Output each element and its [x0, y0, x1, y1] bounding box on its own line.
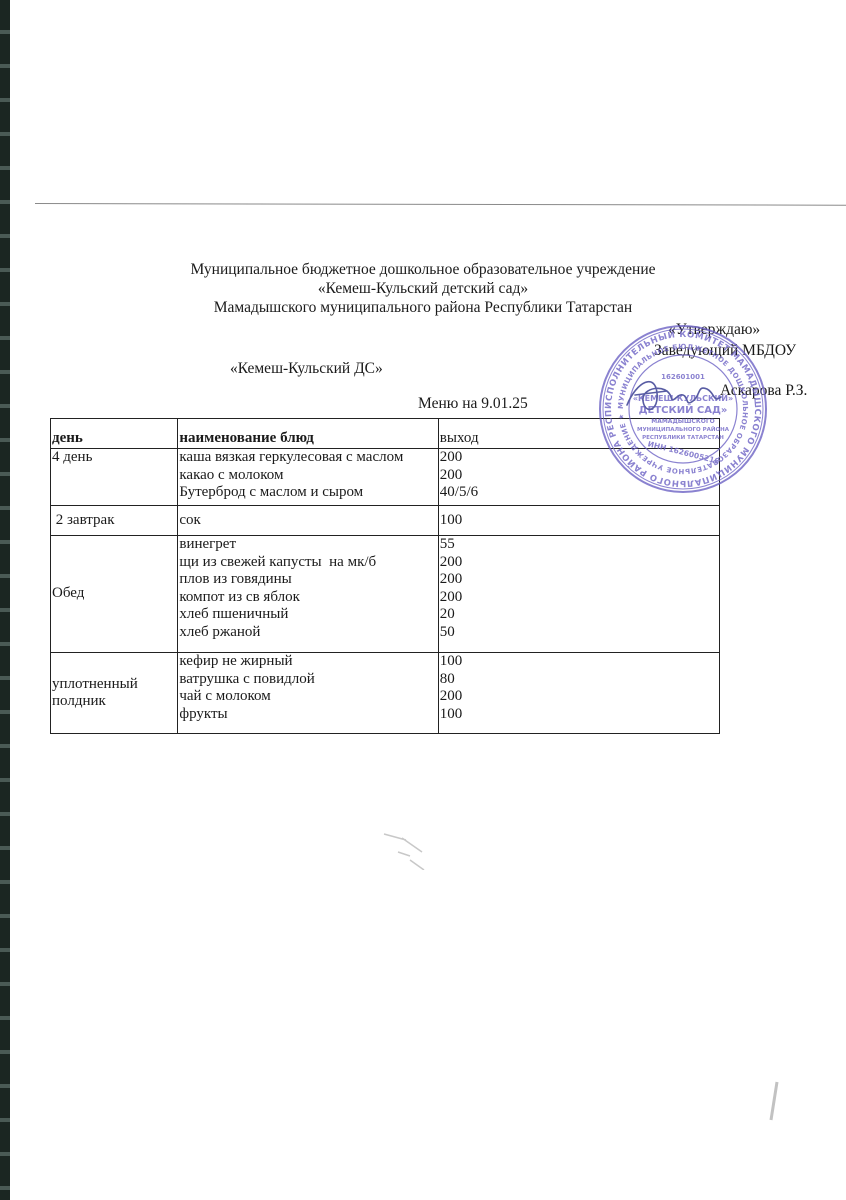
- meal-label-line: уплотненный: [52, 676, 177, 694]
- approval-signatory: Аскарова Р.З.: [720, 382, 807, 400]
- dish-item: хлеб пшеничный: [179, 606, 437, 624]
- yield-item: 200: [440, 449, 719, 467]
- dish-item: плов из говядины: [179, 571, 437, 589]
- yield-item: 100: [440, 653, 719, 671]
- yields-cell: 100: [438, 506, 719, 536]
- dishes-cell: каша вязкая геркулесовая с маслом какао …: [178, 449, 438, 506]
- table-header-row: день наименование блюд выход: [51, 419, 720, 449]
- institution-name-line1: Муниципальное бюджетное дошкольное образ…: [0, 261, 846, 279]
- yields-cell: 55 200 200 200 20 50: [438, 536, 719, 653]
- svg-text:ДЕТСКИЙ САД»: ДЕТСКИЙ САД»: [639, 403, 728, 416]
- short-institution-name: «Кемеш-Кульский ДС»: [230, 360, 383, 378]
- yield-item: 200: [440, 467, 719, 485]
- dish-item: хлеб ржаной: [179, 624, 437, 642]
- yield-item: 50: [440, 624, 719, 642]
- dish-item: компот из св яблок: [179, 589, 437, 607]
- top-rule-divider: [35, 203, 846, 206]
- scan-edge: [0, 0, 10, 1200]
- table-row-breakfast: 4 день каша вязкая геркулесовая с маслом…: [51, 449, 720, 506]
- yield-item: 200: [440, 571, 719, 589]
- yield-item: 200: [440, 554, 719, 572]
- dish-item: фрукты: [179, 706, 437, 724]
- yields-cell: 200 200 40/5/6: [438, 449, 719, 506]
- header-dish-name: наименование блюд: [178, 419, 438, 449]
- dishes-cell: винегрет щи из свежей капусты на мк/б пл…: [178, 536, 438, 653]
- meal-cell: уплотненный полдник: [51, 653, 178, 734]
- svg-text:162601001: 162601001: [661, 373, 705, 381]
- scan-smudge-icon: [380, 830, 440, 870]
- meal-cell: 4 день: [51, 449, 178, 506]
- header-day: день: [51, 419, 178, 449]
- yields-cell: 100 80 200 100: [438, 653, 719, 734]
- dish-item: винегрет: [179, 536, 437, 554]
- yield-item: 100: [440, 706, 719, 724]
- yield-item: 100: [440, 512, 719, 530]
- scan-mark-icon: [765, 1080, 785, 1130]
- approval-heading: «Утверждаю»: [668, 321, 760, 339]
- yield-item: 55: [440, 536, 719, 554]
- dish-item: сок: [179, 512, 437, 530]
- header-yield: выход: [438, 419, 719, 449]
- approval-position: Заведующий МБДОУ: [654, 342, 796, 360]
- dish-item: ватрушка с повидлой: [179, 671, 437, 689]
- dish-item: Бутерброд с маслом и сыром: [179, 484, 437, 502]
- dish-item: какао с молоком: [179, 467, 437, 485]
- institution-name-line2: «Кемеш-Кульский детский сад»: [0, 280, 846, 298]
- menu-title: Меню на 9.01.25: [418, 395, 528, 413]
- table-row-lunch: Обед винегрет щи из свежей капусты на мк…: [51, 536, 720, 653]
- svg-text:«КЕМЕШ-КУЛЬСКИЙ»: «КЕМЕШ-КУЛЬСКИЙ»: [633, 392, 733, 403]
- meal-label-line: полдник: [52, 693, 177, 711]
- dish-item: кефир не жирный: [179, 653, 437, 671]
- menu-table: день наименование блюд выход 4 день каша…: [50, 418, 720, 734]
- dish-item: каша вязкая геркулесовая с маслом: [179, 449, 437, 467]
- dish-item: щи из свежей капусты на мк/б: [179, 554, 437, 572]
- table-row-afternoon-snack: уплотненный полдник кефир не жирный ватр…: [51, 653, 720, 734]
- yield-item: 20: [440, 606, 719, 624]
- yield-item: 200: [440, 589, 719, 607]
- table-row-second-breakfast: 2 завтрак сок 100: [51, 506, 720, 536]
- dishes-cell: сок: [178, 506, 438, 536]
- meal-cell: 2 завтрак: [51, 506, 178, 536]
- meal-cell: Обед: [51, 536, 178, 653]
- yield-item: 40/5/6: [440, 484, 719, 502]
- dish-item: чай с молоком: [179, 688, 437, 706]
- yield-item: 80: [440, 671, 719, 689]
- dishes-cell: кефир не жирный ватрушка с повидлой чай …: [178, 653, 438, 734]
- yield-item: 200: [440, 688, 719, 706]
- institution-name-line3: Мамадышского муниципального района Респу…: [0, 299, 846, 317]
